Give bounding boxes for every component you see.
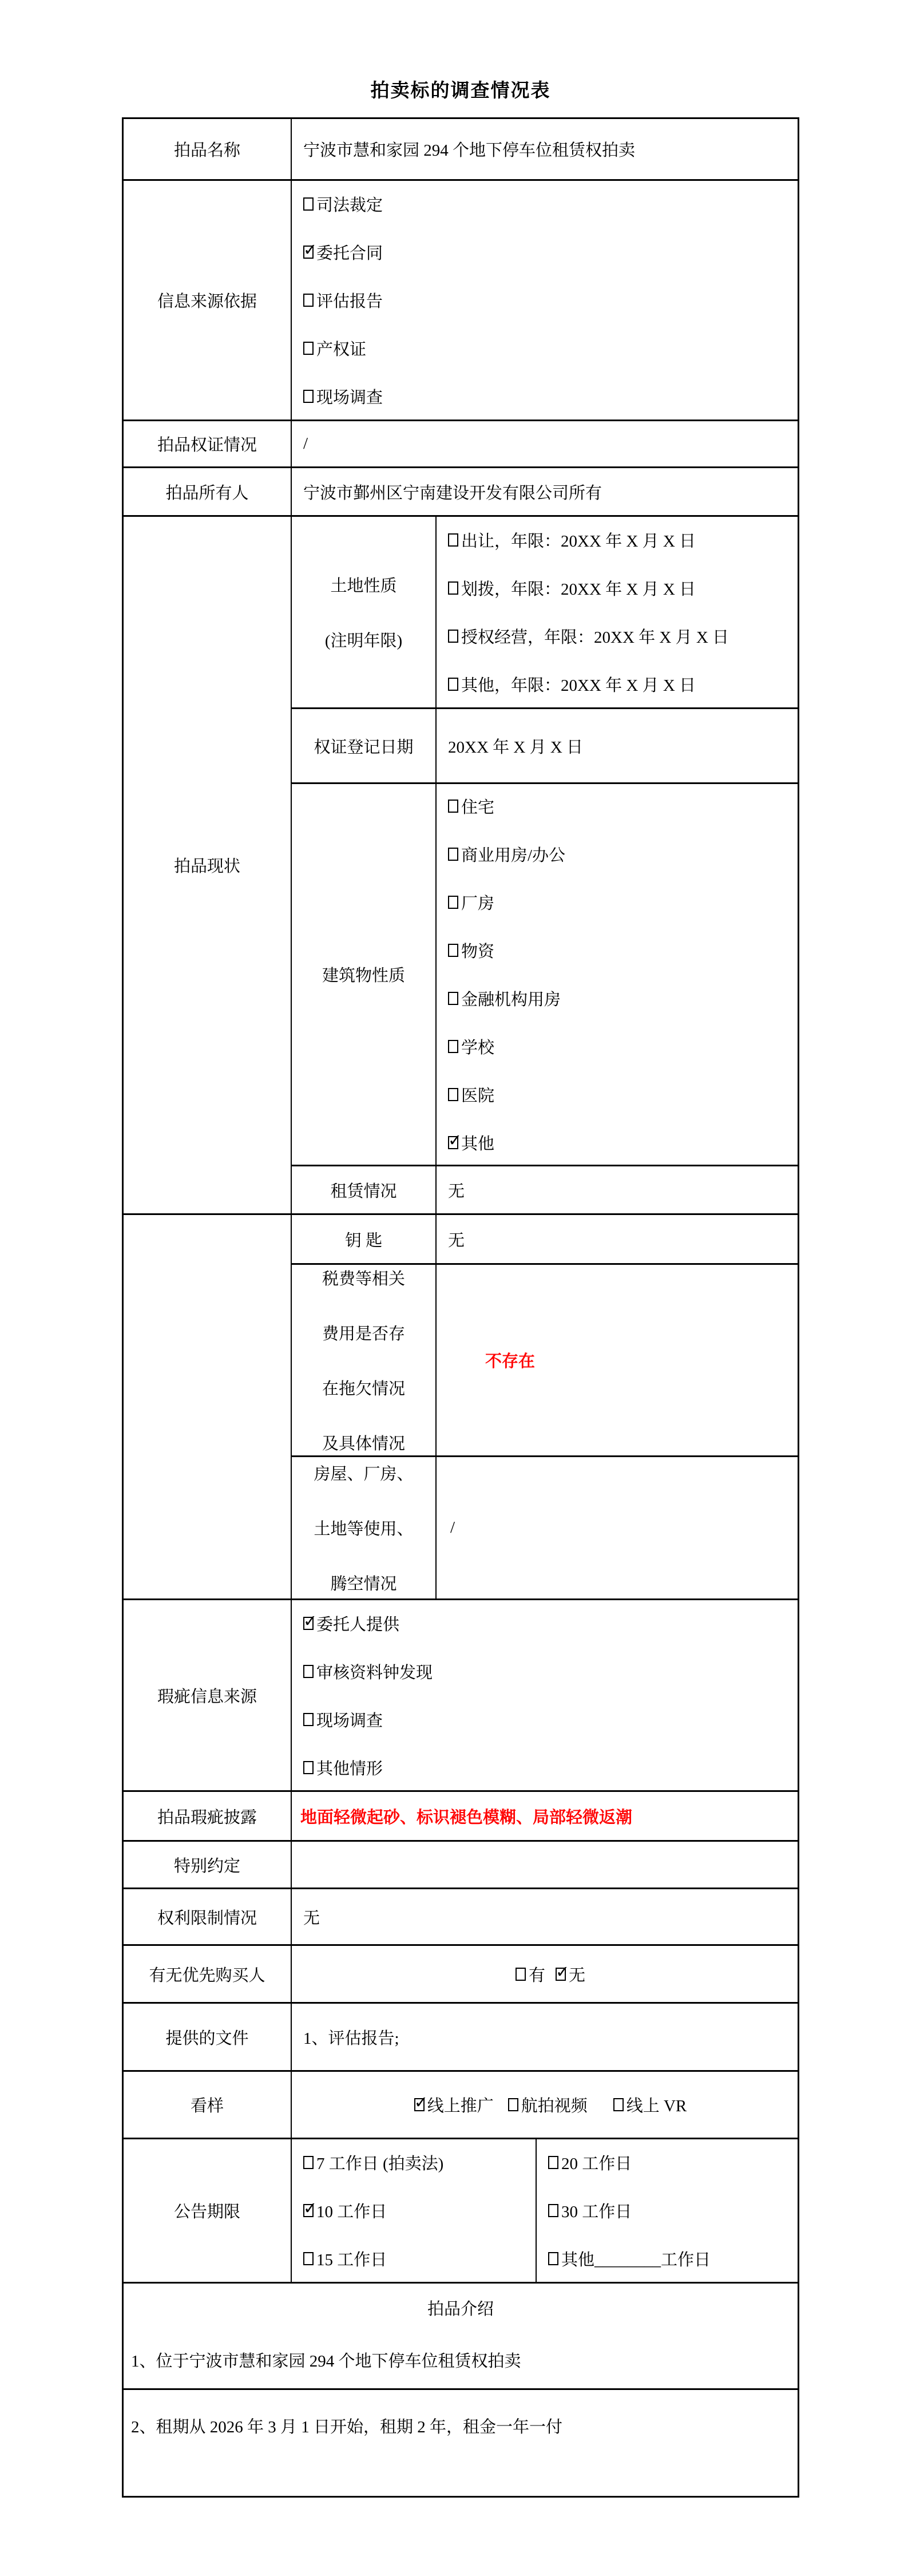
cert-date-value-cell: 20XX 年 X 月 X 日 — [437, 709, 798, 782]
checkbox-aerial-video-icon — [508, 2098, 518, 2111]
checkbox-30-days-icon — [548, 2204, 558, 2217]
keys-value-cell: 无 — [437, 1215, 798, 1263]
subrow-lease-status: 租赁情况 无 — [292, 1166, 798, 1213]
subrow-land-nature: 土地性质 (注明年限) 出让，年限：20XX 年 X 月 X 日 划拨，年限：2… — [292, 517, 798, 709]
subrow-taxes: 税费等相关 费用是否存 在拖欠情况 及具体情况 不存在 — [292, 1265, 798, 1457]
defect-source-label-cell: 瑕疵信息来源 — [124, 1600, 292, 1790]
checkbox-financial-housing-icon — [448, 992, 458, 1005]
option-land-other: 其他，年限：20XX 年 X 月 X 日 — [448, 660, 798, 709]
option-label: 评估报告 — [316, 288, 383, 312]
taxes-label-line3: 在拖欠情况 — [322, 1376, 405, 1399]
keys-label-cell: 钥 匙 — [292, 1215, 437, 1263]
option-entrust-contract: 委托合同 — [303, 228, 798, 276]
row-announcement-period: 公告期限 7 工作日 (拍卖法) 10 工作日 15 工作日 — [124, 2139, 798, 2284]
option-label: 出让，年限：20XX 年 X 月 X 日 — [461, 528, 696, 552]
option-label: 其他，年限：20XX 年 X 月 X 日 — [461, 672, 696, 696]
option-label: 线上推广 — [427, 2093, 494, 2116]
row-rights-restriction: 权利限制情况 无 — [124, 1889, 798, 1946]
introduction-cell: 拍品介绍 1、位于宁波市慧和家园 294 个地下停车位租赁权拍卖 — [124, 2284, 798, 2388]
option-school: 学校 — [448, 1023, 798, 1071]
option-label: 30 工作日 — [561, 2199, 632, 2222]
checkbox-online-vr-icon — [613, 2098, 624, 2111]
cert-status-value: / — [303, 434, 798, 453]
introduction-item-2: 2、租期从 2026 年 3 月 1 日开始，租期 2 年，租金一年一付 — [124, 2414, 798, 2437]
row-special-agreement: 特别约定 — [124, 1842, 798, 1889]
owner-value: 宁波市鄞州区宁南建设开发有限公司所有 — [303, 480, 798, 504]
checkbox-20-days-icon — [548, 2156, 558, 2169]
usage-value: / — [450, 1518, 798, 1537]
current-status-label: 拍品现状 — [174, 853, 240, 877]
row-cert-status: 拍品权证情况 / — [124, 421, 798, 468]
current-status-subrows: 土地性质 (注明年限) 出让，年限：20XX 年 X 月 X 日 划拨，年限：2… — [292, 517, 798, 1213]
checkbox-hospital-icon — [448, 1088, 458, 1101]
taxes-label-line4: 及具体情况 — [322, 1431, 405, 1454]
keys-value: 无 — [448, 1228, 798, 1251]
option-10-days: 10 工作日 — [303, 2187, 536, 2235]
owner-label: 拍品所有人 — [165, 480, 248, 504]
option-other-situation: 其他情形 — [303, 1743, 798, 1791]
announcement-period-label-cell: 公告期限 — [124, 2139, 292, 2282]
announcement-col-1: 7 工作日 (拍卖法) 10 工作日 15 工作日 — [292, 2139, 537, 2282]
page-title: 拍卖标的调查情况表 — [122, 76, 799, 102]
checkbox-site-survey-icon — [303, 390, 314, 403]
announcement-period-label: 公告期限 — [174, 2199, 240, 2222]
cert-status-label-cell: 拍品权证情况 — [124, 421, 292, 466]
option-financial-housing: 金融机构用房 — [448, 975, 798, 1023]
checkbox-property-cert-icon — [303, 342, 314, 355]
rights-restriction-value: 无 — [303, 1905, 798, 1929]
checkbox-commercial-office-icon — [448, 848, 458, 861]
checkbox-defect-site-survey-icon — [303, 1713, 314, 1726]
provided-documents-label: 提供的文件 — [165, 2025, 248, 2049]
owner-value-cell: 宁波市鄞州区宁南建设开发有限公司所有 — [292, 468, 798, 515]
viewing-options: 线上推广 航拍视频 线上 VR — [292, 2072, 798, 2138]
viewing-label: 看样 — [191, 2093, 224, 2116]
taxes-label-line2: 费用是否存 — [322, 1321, 405, 1344]
option-label: 15 工作日 — [316, 2247, 387, 2270]
viewing-label-cell: 看样 — [124, 2072, 292, 2138]
option-label: 线上 VR — [627, 2093, 687, 2116]
option-judicial-ruling: 司法裁定 — [303, 180, 798, 228]
provided-documents-value: 1、评估报告; — [303, 2025, 798, 2049]
row-defect-source: 瑕疵信息来源 委托人提供 审核资料钟发现 现场调查 其他情形 — [124, 1600, 798, 1792]
row-defect-disclosure: 拍品瑕疵披露 地面轻微起砂、标识褪色模糊、局部轻微返潮 — [124, 1792, 798, 1842]
special-agreement-label: 特别约定 — [174, 1853, 240, 1877]
subrow-keys: 钥 匙 无 — [292, 1215, 798, 1265]
building-nature-label: 建筑物性质 — [322, 963, 405, 986]
usage-label-line2: 土地等使用、 — [314, 1516, 413, 1540]
checkbox-15-days-icon — [303, 2252, 314, 2265]
checkbox-land-grant-icon — [448, 533, 458, 547]
defect-disclosure-label: 拍品瑕疵披露 — [157, 1805, 257, 1828]
option-client-provided: 委托人提供 — [303, 1599, 798, 1647]
option-label: 航拍视频 — [521, 2093, 588, 2116]
option-label: 现场调查 — [316, 1708, 383, 1731]
misc-group-empty-label-cell — [124, 1215, 292, 1598]
announcement-col-2: 20 工作日 30 工作日 其他________工作日 — [537, 2139, 798, 2282]
checkbox-judicial-ruling-icon — [303, 197, 314, 211]
option-residence: 住宅 — [448, 782, 798, 830]
row-introduction: 拍品介绍 1、位于宁波市慧和家园 294 个地下停车位租赁权拍卖 — [124, 2284, 798, 2390]
option-other-days: 其他________工作日 — [548, 2235, 798, 2283]
option-label: 金融机构用房 — [461, 987, 561, 1010]
checkbox-land-other-icon — [448, 678, 458, 691]
cert-date-label: 权证登记日期 — [314, 734, 413, 758]
row-provided-documents: 提供的文件 1、评估报告; — [124, 2004, 798, 2072]
option-land-allocated: 划拨，年限：20XX 年 X 月 X 日 — [448, 564, 798, 612]
taxes-value: 不存在 — [485, 1348, 798, 1372]
option-label: 商业用房/办公 — [461, 842, 565, 866]
option-commercial-office: 商业用房/办公 — [448, 830, 798, 879]
land-nature-options: 出让，年限：20XX 年 X 月 X 日 划拨，年限：20XX 年 X 月 X … — [437, 517, 798, 707]
misc-group-subrows: 钥 匙 无 税费等相关 费用是否存 在拖欠情况 及具体情况 不存在 — [292, 1215, 798, 1598]
rights-restriction-label-cell: 权利限制情况 — [124, 1889, 292, 1944]
option-site-survey: 现场调查 — [303, 373, 798, 421]
option-label: 司法裁定 — [316, 192, 383, 216]
option-label: 产权证 — [316, 337, 366, 360]
option-hospital: 医院 — [448, 1071, 798, 1119]
option-land-authorized: 授权经营，年限：20XX 年 X 月 X 日 — [448, 612, 798, 660]
lease-status-value-cell: 无 — [437, 1166, 798, 1213]
row-info-source: 信息来源依据 司法裁定 委托合同 评估报告 产权证 现场调查 — [124, 181, 798, 421]
option-label: 20 工作日 — [561, 2151, 632, 2174]
lease-status-label-cell: 租赁情况 — [292, 1166, 437, 1213]
option-label: 划拨，年限：20XX 年 X 月 X 日 — [461, 576, 696, 600]
row-preemptive-buyer: 有无优先购买人 有 无 — [124, 1946, 798, 2004]
option-defect-site-survey: 现场调查 — [303, 1695, 798, 1743]
option-label: 审核资料钟发现 — [316, 1660, 433, 1683]
usage-label-cell: 房屋、厂房、 土地等使用、 腾空情况 — [292, 1457, 437, 1598]
option-label: 医院 — [461, 1083, 494, 1106]
option-label: 授权经营，年限：20XX 年 X 月 X 日 — [461, 624, 729, 648]
option-label: 无 — [569, 1962, 585, 1986]
checkbox-review-found-icon — [303, 1665, 314, 1678]
checkbox-residence-icon — [448, 800, 458, 813]
taxes-label-line1: 税费等相关 — [322, 1266, 405, 1289]
item-name-label-cell: 拍品名称 — [124, 119, 292, 179]
rights-restriction-value-cell: 无 — [292, 1889, 798, 1944]
owner-label-cell: 拍品所有人 — [124, 468, 292, 515]
usage-value-cell: / — [437, 1457, 798, 1598]
row-introduction-item-2: 2、租期从 2026 年 3 月 1 日开始，租期 2 年，租金一年一付 — [124, 2390, 798, 2496]
checkbox-building-other-icon — [448, 1136, 458, 1149]
option-label: 委托人提供 — [316, 1612, 399, 1635]
checkbox-other-situation-icon — [303, 1761, 314, 1774]
checkbox-no-preemptive-icon — [556, 1968, 566, 1981]
land-nature-label-cell: 土地性质 (注明年限) — [292, 517, 437, 707]
checkbox-factory-icon — [448, 896, 458, 909]
row-current-status: 拍品现状 土地性质 (注明年限) 出让，年限：20XX 年 X 月 X 日 划拨… — [124, 517, 798, 1215]
announcement-period-columns: 7 工作日 (拍卖法) 10 工作日 15 工作日 20 工作日 — [292, 2139, 798, 2282]
lease-status-value: 无 — [448, 1178, 798, 1202]
defect-disclosure-value: 地面轻微起砂、标识褪色模糊、局部轻微返潮 — [300, 1805, 798, 1828]
taxes-value-cell: 不存在 — [437, 1265, 798, 1455]
option-review-found: 审核资料钟发现 — [303, 1647, 798, 1695]
land-nature-label-line2: (注明年限) — [325, 628, 402, 651]
keys-label: 钥 匙 — [345, 1228, 382, 1251]
option-label: 现场调查 — [316, 385, 383, 408]
info-source-label: 信息来源依据 — [157, 288, 257, 312]
checkbox-materials-icon — [448, 944, 458, 957]
info-source-label-cell: 信息来源依据 — [124, 181, 292, 420]
building-nature-options: 住宅 商业用房/办公 厂房 物资 — [437, 784, 798, 1165]
option-label: 学校 — [461, 1035, 494, 1058]
row-misc-group: 钥 匙 无 税费等相关 费用是否存 在拖欠情况 及具体情况 不存在 — [124, 1215, 798, 1600]
option-label: 有 — [529, 1962, 545, 1986]
provided-documents-value-cell: 1、评估报告; — [292, 2004, 798, 2070]
survey-table: 拍品名称 宁波市慧和家园 294 个地下停车位租赁权拍卖 信息来源依据 司法裁定… — [122, 117, 799, 2498]
defect-source-options: 委托人提供 审核资料钟发现 现场调查 其他情形 — [292, 1600, 798, 1790]
option-20-days: 20 工作日 — [548, 2139, 798, 2187]
rights-restriction-label: 权利限制情况 — [157, 1905, 257, 1929]
checkbox-land-authorized-icon — [448, 630, 458, 643]
subrow-building-nature: 建筑物性质 住宅 商业用房/办公 厂房 — [292, 784, 798, 1166]
option-label: 其他________工作日 — [561, 2247, 711, 2270]
option-7-days: 7 工作日 (拍卖法) — [303, 2139, 536, 2187]
preemptive-buyer-label: 有无优先购买人 — [149, 1962, 265, 1986]
row-item-name: 拍品名称 宁波市慧和家园 294 个地下停车位租赁权拍卖 — [124, 119, 798, 181]
defect-disclosure-label-cell: 拍品瑕疵披露 — [124, 1792, 292, 1840]
taxes-label-cell: 税费等相关 费用是否存 在拖欠情况 及具体情况 — [292, 1265, 437, 1455]
option-land-grant: 出让，年限：20XX 年 X 月 X 日 — [448, 516, 798, 564]
cert-status-label: 拍品权证情况 — [157, 432, 257, 456]
cert-date-label-cell: 权证登记日期 — [292, 709, 437, 782]
defect-disclosure-value-cell: 地面轻微起砂、标识褪色模糊、局部轻微返潮 — [292, 1792, 798, 1840]
option-label: 住宅 — [461, 794, 494, 818]
checkbox-entrust-contract-icon — [303, 246, 314, 259]
checkbox-land-allocated-icon — [448, 581, 458, 595]
subrow-cert-date: 权证登记日期 20XX 年 X 月 X 日 — [292, 709, 798, 784]
current-status-label-cell: 拍品现状 — [124, 517, 292, 1213]
preemptive-buyer-options: 有 无 — [292, 1946, 798, 2002]
subrow-usage: 房屋、厂房、 土地等使用、 腾空情况 / — [292, 1457, 798, 1598]
usage-label-line3: 腾空情况 — [330, 1571, 396, 1594]
option-property-cert: 产权证 — [303, 325, 798, 373]
option-label: 物资 — [461, 939, 494, 962]
checkbox-school-icon — [448, 1040, 458, 1053]
preemptive-buyer-label-cell: 有无优先购买人 — [124, 1946, 292, 2002]
checkbox-7-days-icon — [303, 2156, 314, 2169]
item-name-label: 拍品名称 — [174, 137, 240, 161]
option-factory: 厂房 — [448, 879, 798, 927]
introduction-header: 拍品介绍 — [124, 2296, 798, 2320]
item-name-value: 宁波市慧和家园 294 个地下停车位租赁权拍卖 — [303, 137, 798, 161]
row-owner: 拍品所有人 宁波市鄞州区宁南建设开发有限公司所有 — [124, 468, 798, 517]
item-name-value-cell: 宁波市慧和家园 294 个地下停车位租赁权拍卖 — [292, 119, 798, 179]
special-agreement-label-cell: 特别约定 — [124, 1842, 292, 1888]
special-agreement-value-cell — [292, 1842, 798, 1888]
provided-documents-label-cell: 提供的文件 — [124, 2004, 292, 2070]
option-15-days: 15 工作日 — [303, 2235, 536, 2283]
option-label: 10 工作日 — [316, 2199, 387, 2222]
row-viewing: 看样 线上推广 航拍视频 线上 VR — [124, 2072, 798, 2139]
introduction-item-2-cell: 2、租期从 2026 年 3 月 1 日开始，租期 2 年，租金一年一付 — [124, 2390, 798, 2496]
option-label: 其他 — [461, 1131, 494, 1154]
option-label: 其他情形 — [316, 1756, 383, 1779]
checkbox-other-days-icon — [548, 2252, 558, 2265]
building-nature-label-cell: 建筑物性质 — [292, 784, 437, 1165]
defect-source-label: 瑕疵信息来源 — [157, 1684, 257, 1707]
lease-status-label: 租赁情况 — [330, 1178, 396, 1202]
introduction-item-1: 1、位于宁波市慧和家园 294 个地下停车位租赁权拍卖 — [124, 2348, 798, 2372]
checkbox-10-days-icon — [303, 2204, 314, 2217]
cert-date-value: 20XX 年 X 月 X 日 — [448, 734, 798, 758]
option-label: 7 工作日 (拍卖法) — [316, 2151, 443, 2174]
option-label: 委托合同 — [316, 240, 383, 264]
option-materials: 物资 — [448, 927, 798, 975]
checkbox-online-promo-icon — [414, 2098, 425, 2111]
checkbox-appraisal-report-icon — [303, 294, 314, 307]
land-nature-label-line1: 土地性质 — [330, 573, 396, 596]
cert-status-value-cell: / — [292, 421, 798, 466]
option-label: 厂房 — [461, 891, 494, 914]
checkbox-has-preemptive-icon — [516, 1968, 526, 1981]
checkbox-client-provided-icon — [303, 1617, 314, 1630]
usage-label-line1: 房屋、厂房、 — [314, 1461, 413, 1485]
option-building-other: 其他 — [448, 1119, 798, 1167]
option-30-days: 30 工作日 — [548, 2187, 798, 2235]
option-appraisal-report: 评估报告 — [303, 276, 798, 325]
info-source-options: 司法裁定 委托合同 评估报告 产权证 现场调查 — [292, 181, 798, 420]
